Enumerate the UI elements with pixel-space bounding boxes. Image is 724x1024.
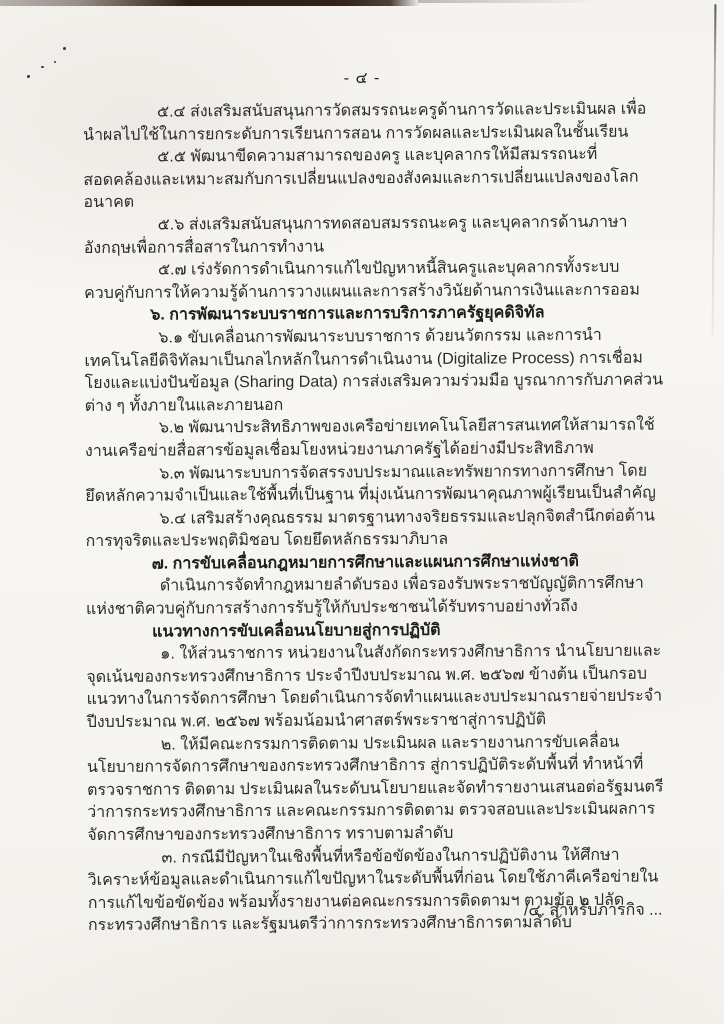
- paper-edge-line-artifact: [712, 4, 717, 336]
- clause-5-5: ๕.๕ พัฒนาขีดความสามารถของครู และบุคลากรใ…: [83, 144, 663, 215]
- scan-top-edge-artifact: [0, 0, 420, 6]
- scanned-document-page: { "page": { "number_label": "- ๔ -" }, "…: [0, 0, 724, 1024]
- clause-5-7: ๕.๗ เร่งรัดการดำเนินการแก้ไขปัญหาหนี้สิน…: [84, 257, 664, 306]
- clause-6-2: ๖.๒ พัฒนาประสิทธิภาพของเครือข่ายเทคโนโลย…: [85, 415, 665, 464]
- guideline-3: ๓. กรณีมีปัญหาในเชิงพื้นที่หรือข้อขัดข้อ…: [87, 844, 668, 938]
- clause-5-6: ๕.๖ ส่งเสริมสนับสนุนการทดสอบสมรรถนะครู แ…: [84, 211, 664, 260]
- page-number: - ๔ -: [0, 64, 724, 93]
- clause-6-4: ๖.๔ เสริมสร้างคุณธรรม มาตรฐานทางจริยธรรม…: [85, 505, 665, 554]
- scan-top-edge-fade-artifact: [418, 0, 598, 3]
- ink-speck: [54, 61, 56, 63]
- clause-5-4: ๕.๔ ส่งเสริมสนับสนุนการวัดสมรรถนะครูด้าน…: [83, 98, 663, 147]
- section-7-body: ดำเนินการจัดทำกฎหมายลำดับรอง เพื่อรองรับ…: [86, 573, 666, 622]
- clause-6-3: ๖.๓ พัฒนาระบบการจัดสรรงบประมาณและทรัพยาก…: [85, 460, 665, 509]
- continuation-note: /๔. สำหรับภารกิจ ...: [523, 898, 662, 924]
- document-body: ๕.๔ ส่งเสริมสนับสนุนการวัดสมรรถนะครูด้าน…: [83, 98, 668, 937]
- guideline-1: ๑. ให้ส่วนราชการ หน่วยงานในสังกัดกระทรวง…: [86, 641, 667, 735]
- guideline-2: ๒. ให้มีคณะกรรมการติดตาม ประเมินผล และรา…: [87, 731, 668, 848]
- ink-speck: [63, 47, 66, 50]
- clause-6-1: ๖.๑ ขับเคลื่อนการพัฒนาระบบราชการ ด้วยนวั…: [84, 324, 665, 418]
